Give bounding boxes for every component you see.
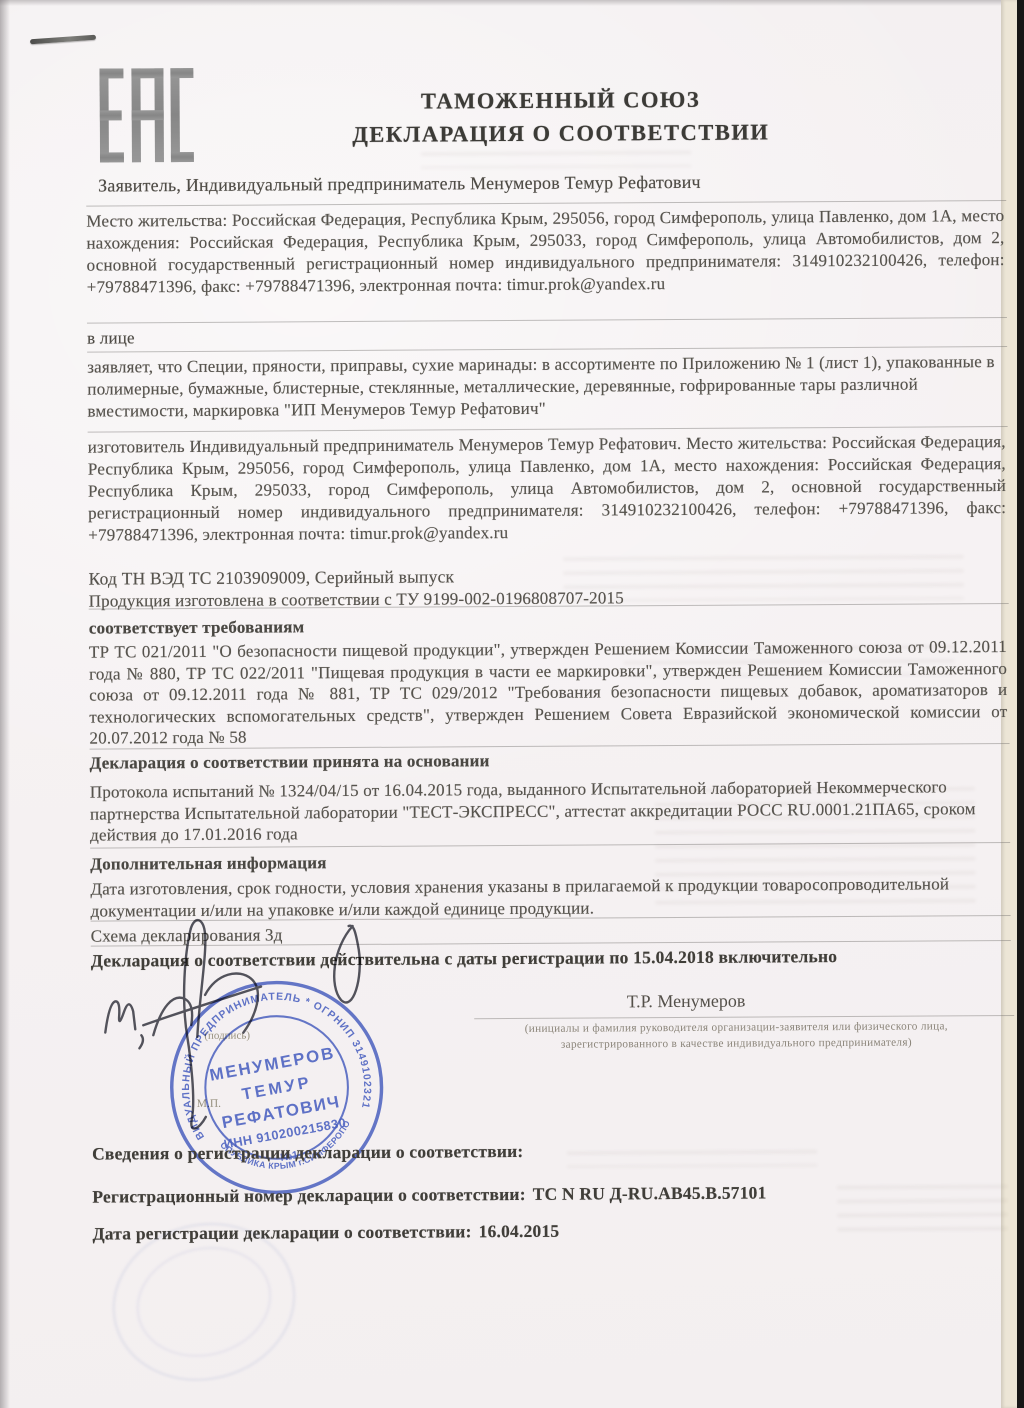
signature-line xyxy=(474,1015,1014,1019)
registration-info-label: Сведения о регистрации декларации о соот… xyxy=(92,1137,1010,1165)
scan-artifact xyxy=(624,645,954,677)
scanned-declaration-page: ТАМОЖЕННЫЙ СОЮЗ ДЕКЛАРАЦИЯ О СООТВЕТСТВИ… xyxy=(0,0,1024,1408)
registration-date-value: 16.04.2015 xyxy=(479,1221,560,1241)
scan-artifact xyxy=(421,151,691,169)
title-line-1: ТАМОЖЕННЫЙ СОЮЗ xyxy=(301,82,821,118)
registration-number-label: Регистрационный номер декларации о соотв… xyxy=(92,1184,526,1207)
complies-label: соответствует требованиям xyxy=(89,612,1007,640)
handwritten-signature xyxy=(91,906,413,1158)
residence-paragraph: Место жительства: Российская Федерация, … xyxy=(86,205,1005,299)
registration-date-label: Дата регистрации декларации о соответств… xyxy=(92,1221,471,1243)
signature-caption-line-2: зарегистрированного в качестве индивидуа… xyxy=(436,1036,1024,1052)
applicant-line: Заявитель, Индивидуальный предпринимател… xyxy=(98,169,1016,197)
signatory-name: Т.Р. Менумеров xyxy=(486,990,886,1013)
scan-artifact xyxy=(837,1185,1007,1232)
manufacturer-paragraph: изготовитель Индивидуальный предпринимат… xyxy=(88,431,1007,547)
document-title: ТАМОЖЕННЫЙ СОЮЗ ДЕКЛАРАЦИЯ О СООТВЕТСТВИ… xyxy=(301,82,821,151)
scan-artifact xyxy=(563,555,963,601)
scan-artifact xyxy=(655,787,976,909)
signature-caption-line-1: (инициалы и фамилия руководителя организ… xyxy=(436,1020,1024,1036)
title-line-2: ДЕКЛАРАЦИЯ О СООТВЕТСТВИИ xyxy=(301,115,821,151)
eac-logo xyxy=(99,68,194,165)
declaration-subject-paragraph: заявляет, что Специи, пряности, приправы… xyxy=(87,351,1005,423)
scan-artifact xyxy=(567,1150,817,1168)
in-person-line: в лице xyxy=(87,322,1005,350)
registration-number-value: ТС N RU Д-RU.АВ45.В.57101 xyxy=(533,1182,767,1203)
basis-label: Декларация о соответствии принята на осн… xyxy=(90,747,1008,775)
